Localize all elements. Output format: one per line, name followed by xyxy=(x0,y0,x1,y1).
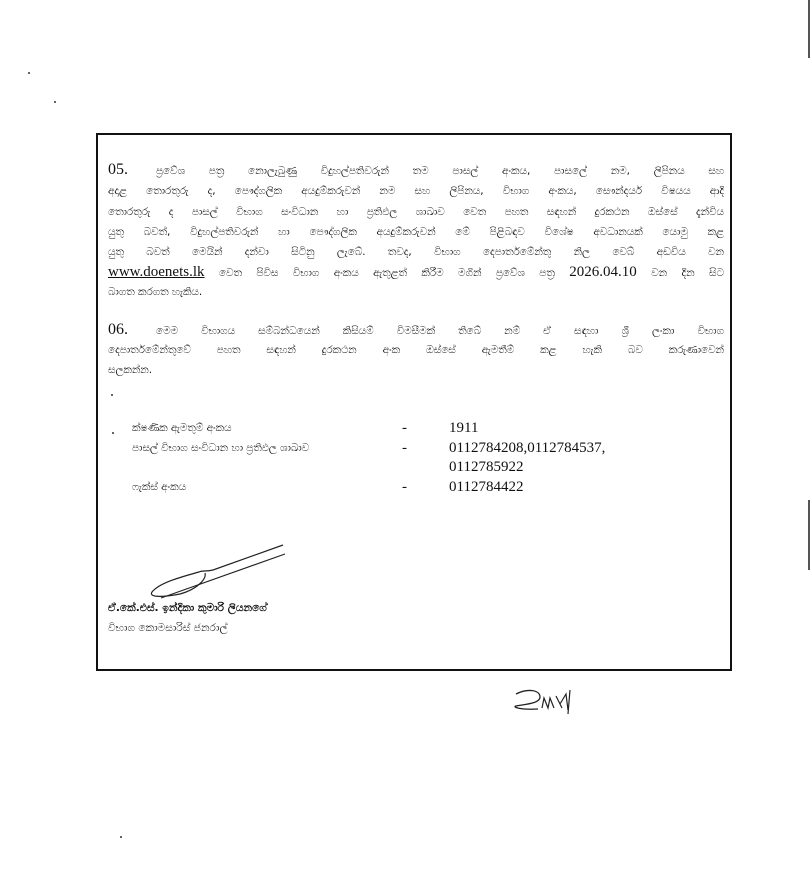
section-06-line-3: සලකන්න. xyxy=(108,360,724,380)
initials-scribble xyxy=(510,686,585,718)
contact-value: 0112784208,0112784537, xyxy=(449,438,605,458)
section-05-line-4: යුතු බවත්, විදුහල්පතිවරුන් හා පෞද්ගලික අ… xyxy=(108,222,724,242)
signatory-name: ඒ.කේ.එස්. ඉන්දිකා කුමාරි ලියනගේ xyxy=(108,602,267,615)
section-05-line-5: යුතු බවත් මෙයින් දන්වා සිටිනු ලැබේ. තවද,… xyxy=(108,242,724,262)
contact-value: 0112784422 xyxy=(449,477,523,497)
section-05-line-3: තොරතුරු ද පාසල් විභාග සංවිධාන හා ප්‍රතිඵ… xyxy=(108,202,724,222)
stray-dot xyxy=(111,394,113,396)
scan-speck xyxy=(54,101,56,103)
website-link[interactable]: www.doenets.lk xyxy=(108,264,205,280)
contact-value: 1911 xyxy=(449,418,478,438)
section-06-number: 06. xyxy=(108,320,156,340)
contact-label: ක්ෂණික ඇමතුම් අංකය xyxy=(132,418,402,438)
section-06-line-2: දෙපාර්තමේන්තුවේ පහත සඳහන් දුරකථන අංක ඔස්… xyxy=(108,340,724,360)
stray-dot xyxy=(112,432,114,434)
scan-speck xyxy=(28,72,30,74)
contact-value: 0112785922 xyxy=(449,457,523,477)
section-06-line-1: 06.මෙම විභාගය සම්බන්ධයෙන් කිසියම් විමසීම… xyxy=(108,320,724,340)
release-date: 2026.04.10 xyxy=(569,264,637,280)
section-05-line-2: අදාළ තොරතුරු ද, පෞද්ගලික අයදුම්කරුවන් නම… xyxy=(108,181,724,201)
contact-label: ෆැක්ස් අංකය xyxy=(132,477,402,497)
signatory-title: විභාග කොමසාරිස් ජනරාල් xyxy=(108,622,228,635)
section-05-line-1: 05.ප්‍රවේශ පත්‍ර නොලැබුණු විදුහල්පතිවරුන… xyxy=(108,160,724,180)
section-05-line-7: බාගත කරගත හැකිය. xyxy=(108,282,724,302)
signature-scribble xyxy=(145,540,295,600)
scan-speck xyxy=(120,836,122,838)
section-05-line-6: www.doenets.lk වෙත පිවිස විභාග අංකය ඇතුළ… xyxy=(108,262,724,282)
section-05-number: 05. xyxy=(108,160,156,180)
contact-label: පාසල් විභාග සංවිධාන හා ප්‍රතිඵල ශාඛාව xyxy=(132,438,402,458)
